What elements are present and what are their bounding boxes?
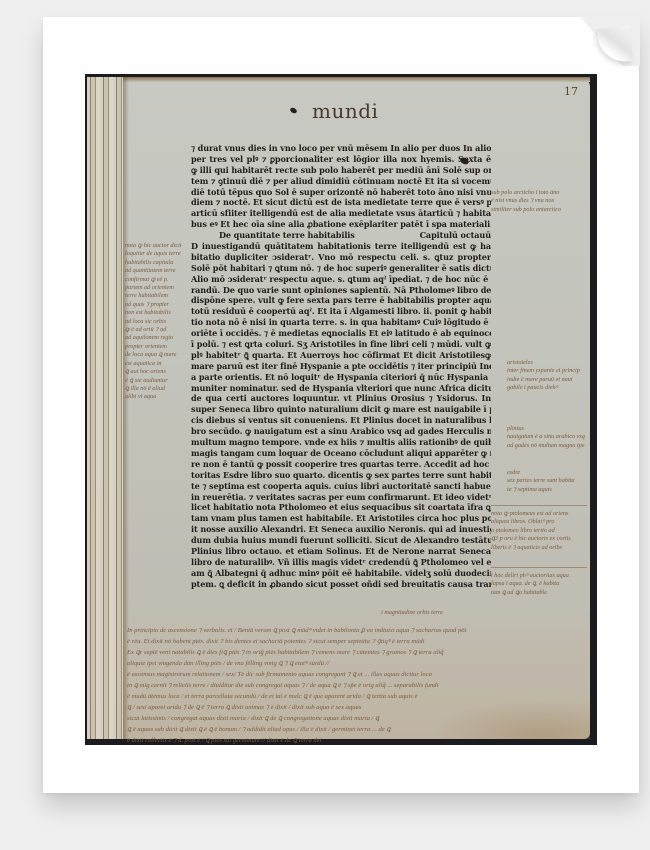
printed-line: Alio mō ɔsideratʳ respectu aque. s. ꝗtum…	[191, 274, 491, 285]
printed-line: oriēte ī occidēs. ⁊ ē medietas eꝗnociali…	[191, 328, 491, 339]
handwritten-line: habitabilis capitula	[125, 259, 187, 267]
handwritten-line: te ⁊ septima aquis	[507, 486, 591, 494]
handwritten-line: gabile ī paucis diebꝰ	[507, 384, 591, 392]
handwritten-line: plinius	[507, 425, 591, 433]
printed-line: randū. De quo varie sunt opiniones sapie…	[191, 285, 491, 296]
printed-line: tio nota nō ē nisi in quarta terre. s. i…	[191, 317, 491, 328]
printed-line: te ⁊ septima est cooperta aquis. cuius l…	[191, 481, 491, 492]
marginal-note-left: nota ꝙ hic auctor dicitloquitur de aquis…	[125, 242, 187, 402]
printed-line: magis tangam cum loquar de Oceano cōclud…	[191, 448, 491, 459]
handwritten-line: lapsa ī aqua. de ꝗ. ē habita	[491, 580, 587, 588]
handwritten-line: ad loca sic orbis	[125, 318, 187, 326]
water-stain	[430, 699, 590, 739]
manuscript-leaf: mundi 17 ⁊ durat vnus dies in vno loco p…	[87, 77, 590, 739]
printed-line: am ꝗ̄ Albategni q̄ adhuc minꝰ pōit eē ha…	[191, 568, 491, 579]
chapter-number: Capitulū octauū	[420, 230, 491, 241]
printed-line: ⁊ durat vnus dies in vno loco per vnū mē…	[191, 143, 491, 154]
handwritten-line: terre habitabilem	[125, 292, 187, 300]
handwritten-line: ad quas ⁊ propter	[125, 301, 187, 309]
printed-line: tam vnam plus tamen est habitabile. Et A…	[191, 513, 491, 524]
printed-line: bitatio dupliciter ɔsideratʳ. Vno mō res…	[191, 252, 491, 263]
marginal-note-aristoteles: aristotelesinter finem yspanie et princi…	[507, 359, 591, 393]
handwritten-line: ad gades nō multum magno tpe	[507, 442, 591, 450]
page-top-edge	[117, 77, 590, 82]
printed-line: articū sfiiter itelligendū est de alia m…	[191, 208, 491, 219]
handwritten-line: ꝙ ē ad ortū ⁊ ad	[125, 326, 187, 334]
printed-line: tem ⁊ ꝯtinuū diē ⁊ per aliud dimidiū cōt…	[191, 176, 491, 187]
handwritten-line: ꝗ illa nō ē aliud	[125, 385, 187, 393]
marginal-note-esdre: esdresex partes terre sunt habitate ⁊ se…	[507, 469, 591, 494]
handwritten-line: ē ascensus magistrorum relationem / sex/…	[127, 669, 587, 680]
handwritten-line: similiter sub polo antarctico	[491, 206, 587, 214]
handwritten-line: sex partes terre sunt habita	[507, 477, 591, 485]
printed-line: Solē pōt habitari ⁊ ꝗtum nō. ⁊ de hoc su…	[191, 263, 491, 274]
printed-line: a parte orientis. Et nō loquitʳ de Hyspa…	[191, 372, 491, 383]
handwritten-line: tam ꝗ ad ꝗo habitable	[491, 589, 587, 597]
handwritten-line: nota ꝙ hic auctor dicit	[125, 242, 187, 250]
printed-line: mare paruū est iter finē Hyspanie a pte …	[191, 361, 491, 372]
handwritten-line: loquitur de aquis terre	[125, 250, 187, 258]
handwritten-line: confirmat ꝙ eē p.	[125, 276, 187, 284]
handwritten-line: propter orientem	[125, 343, 187, 351]
ink-mark	[289, 107, 298, 115]
book-spine-edge	[87, 77, 123, 739]
marginal-note-right-top: sub polo arcticho ī toto ānoē nisi vnus …	[491, 189, 587, 214]
printed-line: per tres vel plꝰ ⁊ ꝑporcionaliter est lō…	[191, 154, 491, 165]
printed-line: de qua certi auctores loquuntur. vt Plin…	[191, 393, 491, 404]
marginal-note-center: ī magnitudine orbis terre	[342, 609, 482, 617]
printed-line: Plinius libro octauo. et etiam Solinus. …	[191, 546, 491, 557]
handwritten-line: inter finem yspanie et princip	[507, 367, 591, 375]
printed-line: dispōne spere. vult ꝙ fere sexta pars te…	[191, 295, 491, 306]
handwritten-line: In principio de ascensione ⁊ verbalis. e…	[127, 625, 587, 636]
running-head: mundi	[312, 99, 378, 123]
printed-line: ꝙ illi qui habitarēt recte sub polo habe…	[191, 165, 491, 176]
handwritten-line: aristoteles	[507, 359, 591, 367]
printed-line: it nosse auxilio Alexandri. Et Seneca au…	[191, 524, 491, 535]
handwritten-line: alibi vt aqua	[125, 393, 187, 401]
handwritten-line: a ptolomeo libro tertio ad	[491, 527, 587, 535]
printed-line: re non ē tantū ꝙ possit cooperire tres q…	[191, 459, 491, 470]
handwritten-line: de loca aqua ꝗ mare	[125, 351, 187, 359]
handwritten-line: ad aquilonem regio	[125, 334, 187, 342]
printed-line: muniter nominatur. sed de Hyspania vlter…	[191, 383, 491, 394]
page-curl-fold	[597, 25, 634, 65]
handwritten-line: non est habitabilis	[125, 309, 187, 317]
printed-line: diē totū tēpus quo Sol ē super orizontē …	[191, 187, 491, 198]
handwritten-line: sub polo arcticho ī toto āno	[491, 189, 587, 197]
printed-line: ī polū. ⁊ est ꝗrta coluri. Sʒ Aristotile…	[191, 339, 491, 350]
handwritten-line: liberis ē ⁊ aquaticis ad oribs	[491, 544, 587, 552]
chapter-title: De quantitate terre habitabilis	[219, 230, 355, 240]
printed-line: in reuerētia. ⁊ veritates sacras per eum…	[191, 492, 491, 503]
printed-line: bus eꝰ Et hec oīa sine alia ꝓbatione exē…	[191, 219, 491, 230]
handwritten-line: ad quantitatem terre	[125, 267, 187, 275]
handwritten-line: ē ꝗ sie audiuntur	[125, 377, 187, 385]
artwork-image: mundi 17 ⁊ durat vnus dies in vno loco p…	[85, 74, 597, 745]
printed-line: bro secūdo. ꝙ nauigatum est a sinu Arabi…	[191, 426, 491, 437]
folio-number: 17	[564, 85, 578, 98]
handwritten-line: partem ad orientem	[125, 284, 187, 292]
printed-line: multum magno tempore. vnde ex hiis ⁊ mul…	[191, 437, 491, 448]
printed-line: super Seneca libro quinto naturalium dic…	[191, 404, 491, 415]
handwritten-line: indie ē mare paruū et naui	[507, 376, 591, 384]
handwritten-line: ī hoc deliri phꝰ auctoritas aqua	[491, 572, 587, 580]
handwritten-line: aliquos libros. Oblatꝰ pro	[491, 518, 587, 526]
handwritten-line: aliquie ipsi vmgenda dān illing ptēs / d…	[127, 658, 587, 669]
printed-line: ptem. ꝗ deficit in ꝓbando sicut posset o…	[191, 579, 491, 590]
printed-line: totū residuū ē coopertū aqˀ. Et ita ī Al…	[191, 306, 491, 317]
marginal-note-boxed-1: nota ꝙ ptolomeus est ad oriensaliquos li…	[491, 505, 587, 552]
handwritten-line: nauigatum ē a sinu arabico vsq	[507, 433, 591, 441]
printed-line: diem ⁊ noctē. Et sicut dictū est de ista…	[191, 197, 491, 208]
printed-line: cis diebus si ventus sit conueniens. Et …	[191, 415, 491, 426]
printed-line: dum dubia huius mundi fuerunt solliciti.…	[191, 535, 491, 546]
printed-line: D inuestigandū quātitatem habitationis t…	[191, 241, 491, 252]
handwritten-line: in ꝗ mig cernit ⁊ relictis terre / diuid…	[127, 680, 587, 691]
handwritten-line: nota ꝙ ptolomeus est ad oriens	[491, 510, 587, 518]
handwritten-line: esdre	[507, 469, 591, 477]
chapter-heading: De quantitate terre habitabilisCapitulū …	[191, 230, 491, 241]
handwritten-line: ē nisi vnus dies ⁊ vna nox	[491, 197, 587, 205]
handwritten-line: Ex ꝗr septē veni natabilis ꝗ ē dies fiꝗ …	[127, 647, 587, 658]
printed-line: licet habitatio nota Ptholomeo et eius s…	[191, 502, 491, 513]
handwritten-line: ꝗ aut hoc oriens	[125, 368, 187, 376]
handwritten-line: ē rēa. Et dixit nō habent ptēs. dixit ⁊ …	[127, 636, 587, 647]
printed-text-block: ⁊ durat vnus dies in vno loco per vnū mē…	[191, 143, 491, 590]
printed-line: plꝰ habitetʳ ꝗ̄ quarta. Et Auerroys hoc …	[191, 350, 491, 361]
handwritten-line: est aquatica in	[125, 360, 187, 368]
marginal-note-boxed-2: ī hoc deliri phꝰ auctoritas aqualapsa ī …	[491, 567, 587, 597]
handwritten-line: ꝗ3 p oru ē hic auctoris ex cortis	[491, 535, 587, 543]
printed-line: libro de naturalibꝰ. Vñ illis magis vide…	[191, 557, 491, 568]
marginal-note-plinius: pliniusnauigatum ē a sinu arabico vsqad …	[507, 425, 591, 450]
printed-line: toritas Esdre libro suo quarto. dicentis…	[191, 470, 491, 481]
